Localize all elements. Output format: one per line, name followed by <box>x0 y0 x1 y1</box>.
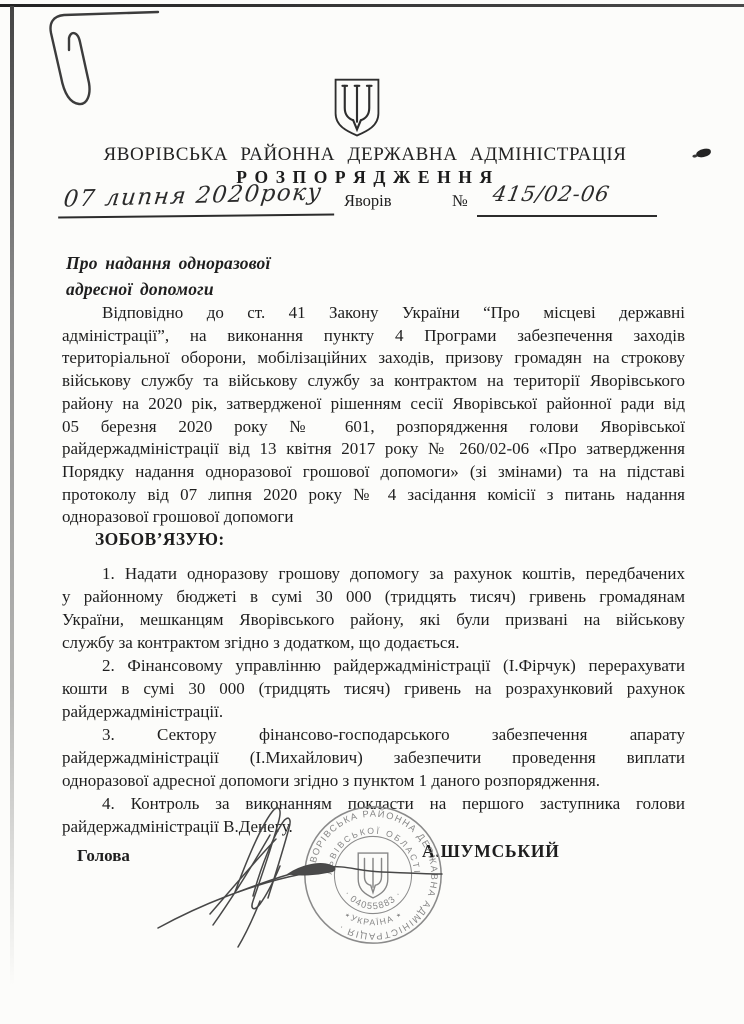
preamble-line: Порядку надання одноразової грошової доп… <box>62 461 685 484</box>
handwritten-date: 07 липня 2020року <box>56 179 324 212</box>
preamble-line: одноразової грошової допомоги <box>62 506 685 529</box>
item-3-line: одноразової адресної допомоги згідно з п… <box>62 769 685 792</box>
item-2-line: кошти в сумі 30 000 (тридцять тисяч) гри… <box>62 677 685 700</box>
subject-line-1: Про надання одноразової <box>66 250 271 276</box>
preamble-line: територіальної оборони, мобілізаційних з… <box>62 347 685 370</box>
number-label: № <box>452 191 468 211</box>
number-field: 415/02-06 <box>477 182 657 217</box>
item-2-line: 2. Фінансовому управлінню райдержадмініс… <box>62 654 685 677</box>
preamble-line: Відповідно до ст. 41 Закону України “Про… <box>62 302 685 325</box>
preamble-line: військову службу та військову службу за … <box>62 370 685 393</box>
item-2-line: райдержадміністрації. <box>62 700 685 723</box>
preamble-line: протоколу від 07 липня 2020 року № 4 зас… <box>62 484 685 507</box>
signature-ink <box>140 795 450 955</box>
preamble-line: адміністрації”, на виконання пункту 4 Пр… <box>62 325 685 348</box>
organization-name: ЯВОРІВСЬКА РАЙОННА ДЕРЖАВНА АДМІНІСТРАЦІ… <box>0 144 730 166</box>
item-3-line: райдержадміністрації (І.Михайлович) забе… <box>62 746 685 769</box>
preamble-line: району на 2020 рік, затвердженої рішення… <box>62 393 685 416</box>
preamble-line: 05 березня 2020 року № 601, розпорядженн… <box>62 416 685 439</box>
document-page: ЯВОРІВСЬКА РАЙОННА ДЕРЖАВНА АДМІНІСТРАЦІ… <box>0 0 744 1024</box>
signer-position: Голова <box>77 846 130 866</box>
subject-line-2: адресної допомоги <box>66 276 271 302</box>
item-1-line: 1. Надати одноразову грошову допомогу за… <box>62 562 685 585</box>
date-field: 07 липня 2020року <box>58 182 334 219</box>
item-3-line: 3. Сектору фінансово-господарського забе… <box>62 723 685 746</box>
city-label: Яворів <box>344 191 392 211</box>
item-1-line: України, мешканцям Яворівського району, … <box>62 608 685 631</box>
paperclip-icon <box>38 4 188 119</box>
item-1-line: службу за контрактом згідно з додатком, … <box>62 631 685 654</box>
handwritten-number: 415/02-06 <box>475 182 612 206</box>
preamble-line: райдержадміністрації від 13 квітня 2017 … <box>62 438 685 461</box>
order-word: ЗОБОВ’ЯЗУЮ: <box>95 529 225 550</box>
trident-emblem-icon <box>331 77 383 139</box>
document-subject: Про надання одноразової адресної допомог… <box>66 250 271 302</box>
preamble-paragraph: Відповідно до ст. 41 Закону України “Про… <box>62 302 685 529</box>
item-1-line: у районному бюджеті в сумі 30 000 (тридц… <box>62 585 685 608</box>
